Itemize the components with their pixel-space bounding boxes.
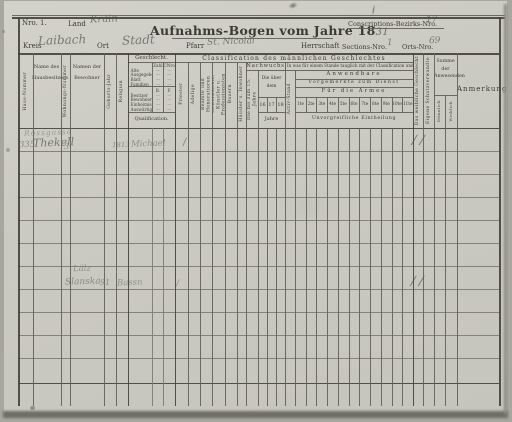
column-bewohner-label: Namen der Bewohner [70,62,104,83]
header-cell: 5te [338,97,349,112]
entry2-line2: Slanska [65,276,101,287]
header-cell: 6te [349,97,360,112]
pfarr-value-handwritten: St. Nicolai [207,36,255,48]
sections-label: Sections-Nro. [342,43,387,51]
header-cell: 4te [327,97,338,112]
mini-table-dash: — [164,107,175,112]
header-cell: 7te [359,97,370,112]
entry1-person: Michael [131,138,166,149]
service-line3: Vorgemerkte zum Dienst [295,80,413,85]
column-wohnungs-nr-label: Wohnungs-Nummer [63,65,68,117]
orts-value-handwritten: 69 [429,36,441,46]
estate-col-label: Häusler u. Inwohner [239,66,244,122]
mini-table-dash: — [152,107,163,112]
schutz-col: Eigene Schutzverwandte [423,55,434,126]
header-cell: 11te [402,97,413,112]
column-geburts-jahr-label: Geburts-Jahr [107,74,112,109]
entry2-word: Bassn [117,278,143,289]
header-cell: 8te [370,97,381,112]
page-bottom-shadow [3,411,508,418]
estate-col-label: Priester [179,83,184,105]
geschlecht-lower-table: B.F.Besitzer——Bewohner——Einheimische——Au… [129,88,175,112]
column-haus-nr: Haus-Nummer [18,58,33,124]
header-cell: 1te [295,97,306,112]
column-hausbesitzer-label: Name des Hausbesitzers [32,62,61,83]
summe-col-maennlich: Männlich [434,96,445,126]
mini-table-dash: — [152,82,163,87]
mini-table-dash: — [164,82,175,87]
female-col: Das weibliche Geschlecht [413,55,423,126]
service-line1: In was für einem Stande tauglich mit der… [287,63,412,68]
ort-label: Ort [97,42,109,50]
land-value-handwritten: Krain [90,14,118,26]
sections-value-handwritten: 1 [387,38,393,48]
nachwuchs-under-col-label: Die bis zum 15. Jahre [247,71,258,126]
entry1-jahr: 1813 [112,141,130,150]
entry2-tick-mark: / [176,279,179,289]
estate-col-gewerbsleute: Gewerbsleute, Künstler u. Professioniste… [212,63,225,125]
female-col-label: Das weibliche Geschlecht [415,56,420,125]
header-cell: 3te [316,97,327,112]
nachwuchs-under-col: Die bis zum 15. Jahre [246,71,258,126]
classification-title: Classification des männlichen Geschlecht… [175,55,413,62]
kreis-value-handwritten: Laibach [38,32,87,48]
header-cell: 10te [392,97,403,112]
column-geburts-jahr: Geburts-Jahr [104,56,116,126]
mini-table-row: Familien—— [129,82,175,87]
entry1-tick-mark: / [183,137,187,148]
column-religion: Religion [116,56,128,126]
anmerkung-label: Anmerkung [457,85,499,93]
service-line4: Für die Armee [295,88,413,94]
entry1-wohnung: 3 [64,142,69,151]
header-cell: 2te [306,97,317,112]
geschlecht-box-footer: Qualification. [128,116,175,122]
service-footer: Unvorgreifliche Eintheilung [295,116,413,121]
column-wohnungs-nr: Wohnungs-Nummer [61,56,70,126]
estate-col-adelige: Adelige [188,63,200,125]
summe-title: Summe der Anwesenden [434,58,457,81]
mini-table-row-label: Familien [129,82,152,87]
herrschaft-label: Herrschaft [301,42,340,50]
summe-col-weiblich: Weiblich [445,96,457,126]
service-side-col: Activ-Stand [285,71,295,126]
geschlecht-box-title: Geschlecht. [128,55,175,61]
schutz-col-label: Eigene Schutzverwandte [426,57,431,124]
estate-col-label: Bauern [228,84,233,103]
nachwuchs-unit: Jahre [258,116,285,122]
nachwuchs-title: Nachwuchs [246,63,285,69]
entry2-line1: Lälz [73,264,91,275]
summe-col-label: Weiblich [449,101,454,122]
conscription-label: Conscriptions-Bezirks-Nro. [348,20,437,28]
column-religion-label: Religion [119,80,124,102]
land-label: Land [68,20,86,28]
scanned-form-page: Nro. 1. Land Krain Aufnahms-Bogen vom Ja… [0,0,512,422]
header-cell: 17 [267,99,276,111]
header-cell: 16 [258,99,267,111]
estate-col-bauern: Bauern [225,63,237,125]
mini-table-row-label: Auswärtige [129,107,152,112]
service-class-row: 1te2te3te4te5te6te7te8te9te10te11te [295,97,413,112]
column-haus-nr-label: Haus-Nummer [23,72,28,111]
estate-col-label: Adelige [191,84,196,104]
service-line2: Anwendbare [295,71,413,77]
mini-table-row: Auswärtige—— [129,107,175,112]
ort-value-handwritten: Stadt [122,32,155,47]
page-right-edge [504,4,507,414]
form-number: Nro. 1. [22,19,47,27]
service-side-col-label: Activ-Stand [287,83,292,114]
form-title-year-handwritten: 31 [376,27,389,38]
form-title-text: Aufnahms-Bogen vom Jahre 18 [150,23,376,38]
estate-col-beamte: Beamte und Honoratioren [200,63,212,125]
nachwuchs-over-label: Die über dem [258,75,285,90]
estate-col-label: Beamte und Honoratioren [201,63,212,125]
geschlecht-upper-table: ZahlCNro.Alte——Ausgegeben——Blatt——Famili… [129,63,175,87]
header-cell: 9te [381,97,392,112]
estate-col-priester: Priester [175,63,188,125]
estate-col-label: Gewerbsleute, Künstler u. Professioniste… [212,63,225,125]
summe-col-label: Männlich [437,100,442,122]
form-title: Aufnahms-Bogen vom Jahre 1831 [150,23,362,38]
entry2-num: 91 [100,278,110,287]
header-cell: 18 [276,99,285,111]
conscription-value-handwritten: 17 [426,15,438,25]
estate-col-haeusler: Häusler u. Inwohner [237,63,246,125]
pfarr-label: Pfarr [186,42,204,50]
nachwuchs-age-row: 161718 [258,99,285,111]
